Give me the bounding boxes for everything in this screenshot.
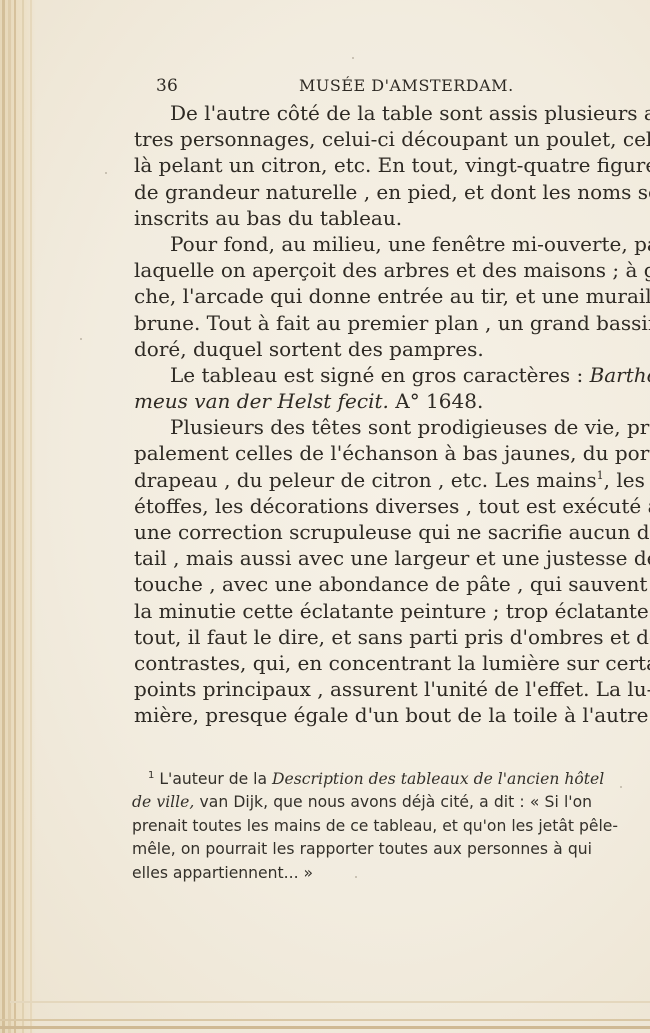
running-head-title: MUSÉE D'AMSTERDAM. (299, 76, 514, 95)
page-bottom-edge (0, 1019, 650, 1021)
text-line: la minutie cette éclatante peinture ; tr… (134, 598, 590, 624)
footnote-reference: 1 (597, 469, 604, 482)
text-line: contrastes, qui, en concentrant la lumiè… (134, 650, 590, 676)
text-line: une correction scrupuleuse qui ne sacrif… (134, 519, 590, 545)
signature-date: A° 1648. (395, 389, 483, 413)
page-number: 36 (156, 76, 178, 96)
text-line: meus van der Helst fecit. A° 1648. (134, 388, 590, 414)
page-bottom-edge (10, 1001, 650, 1003)
text-line: Plusieurs des têtes sont prodigieuses de… (134, 414, 590, 440)
footnote-line: mêle, on pourrait les rapporter toutes a… (132, 838, 592, 861)
page-bottom-edge (0, 1026, 650, 1029)
text-line: De l'autre côté de la table sont assis p… (134, 100, 590, 126)
text-segment: drapeau , du peleur de citron , etc. Les… (134, 468, 597, 492)
text-line: palement celles de l'échanson à bas jaun… (134, 440, 590, 466)
footnote-line: de ville, van Dijk, que nous avons déjà … (132, 791, 592, 814)
footnote: 1 L'auteur de la Description des tableau… (132, 768, 592, 885)
paper-speck (352, 57, 354, 59)
footnote-title-italic: de ville, (132, 793, 194, 811)
text-segment: Le tableau est signé en gros caractères … (170, 363, 583, 387)
running-head: 36 MUSÉE D'AMSTERDAM. (156, 76, 586, 98)
text-line: de grandeur naturelle , en pied, et dont… (134, 179, 590, 205)
text-line: Pour fond, au milieu, une fenêtre mi-ouv… (134, 231, 590, 257)
text-line: laquelle on aperçoit des arbres et des m… (134, 257, 590, 283)
text-line: che, l'arcade qui donne entrée au tir, e… (134, 283, 590, 309)
text-segment: van Dijk, que nous avons déjà cité, a di… (200, 793, 592, 811)
footnote-line: 1 L'auteur de la Description des tableau… (132, 768, 592, 791)
page-edge (2, 0, 5, 1033)
footnote-marker: 1 (148, 770, 154, 781)
text-line: là pelant un citron, etc. En tout, vingt… (134, 152, 590, 178)
text-segment: , les (604, 468, 645, 492)
text-line: points principaux , assurent l'unité de … (134, 676, 590, 702)
text-line: tail , mais aussi avec une largeur et un… (134, 545, 590, 571)
text-line: tout, il faut le dire, et sans parti pri… (134, 624, 590, 650)
text-line: Le tableau est signé en gros caractères … (134, 362, 590, 388)
text-line: mière, presque égale d'un bout de la toi… (134, 702, 590, 728)
text-line: brune. Tout à fait au premier plan , un … (134, 310, 590, 336)
text-line: drapeau , du peleur de citron , etc. Les… (134, 467, 590, 493)
paper-speck (105, 172, 107, 174)
paper-speck (620, 786, 622, 788)
text-line: doré, duquel sortent des pampres. (134, 336, 590, 362)
text-line: tres personnages, celui-ci découpant un … (134, 126, 590, 152)
footnote-line: elles appartiennent... » (132, 862, 592, 885)
signature-italic: Bartholo- (590, 363, 650, 387)
text-line: étoffes, les décorations diverses , tout… (134, 493, 590, 519)
page-edge (8, 0, 11, 1033)
paper-speck (80, 338, 82, 340)
signature-italic: meus van der Helst fecit. (134, 389, 389, 413)
page-edge (22, 0, 24, 1033)
body-text: De l'autre côté de la table sont assis p… (134, 100, 590, 729)
footnote-title-italic: Description des tableaux de l'ancien hôt… (272, 770, 604, 788)
footnote-line: prenait toutes les mains de ce tableau, … (132, 815, 592, 838)
text-line: inscrits au bas du tableau. (134, 205, 590, 231)
text-segment: L'auteur de la (159, 770, 267, 788)
page-edge (14, 0, 16, 1033)
book-page: 36 MUSÉE D'AMSTERDAM. De l'autre côté de… (0, 0, 650, 1033)
page-edge (30, 0, 32, 1033)
text-line: touche , avec une abondance de pâte , qu… (134, 571, 590, 597)
